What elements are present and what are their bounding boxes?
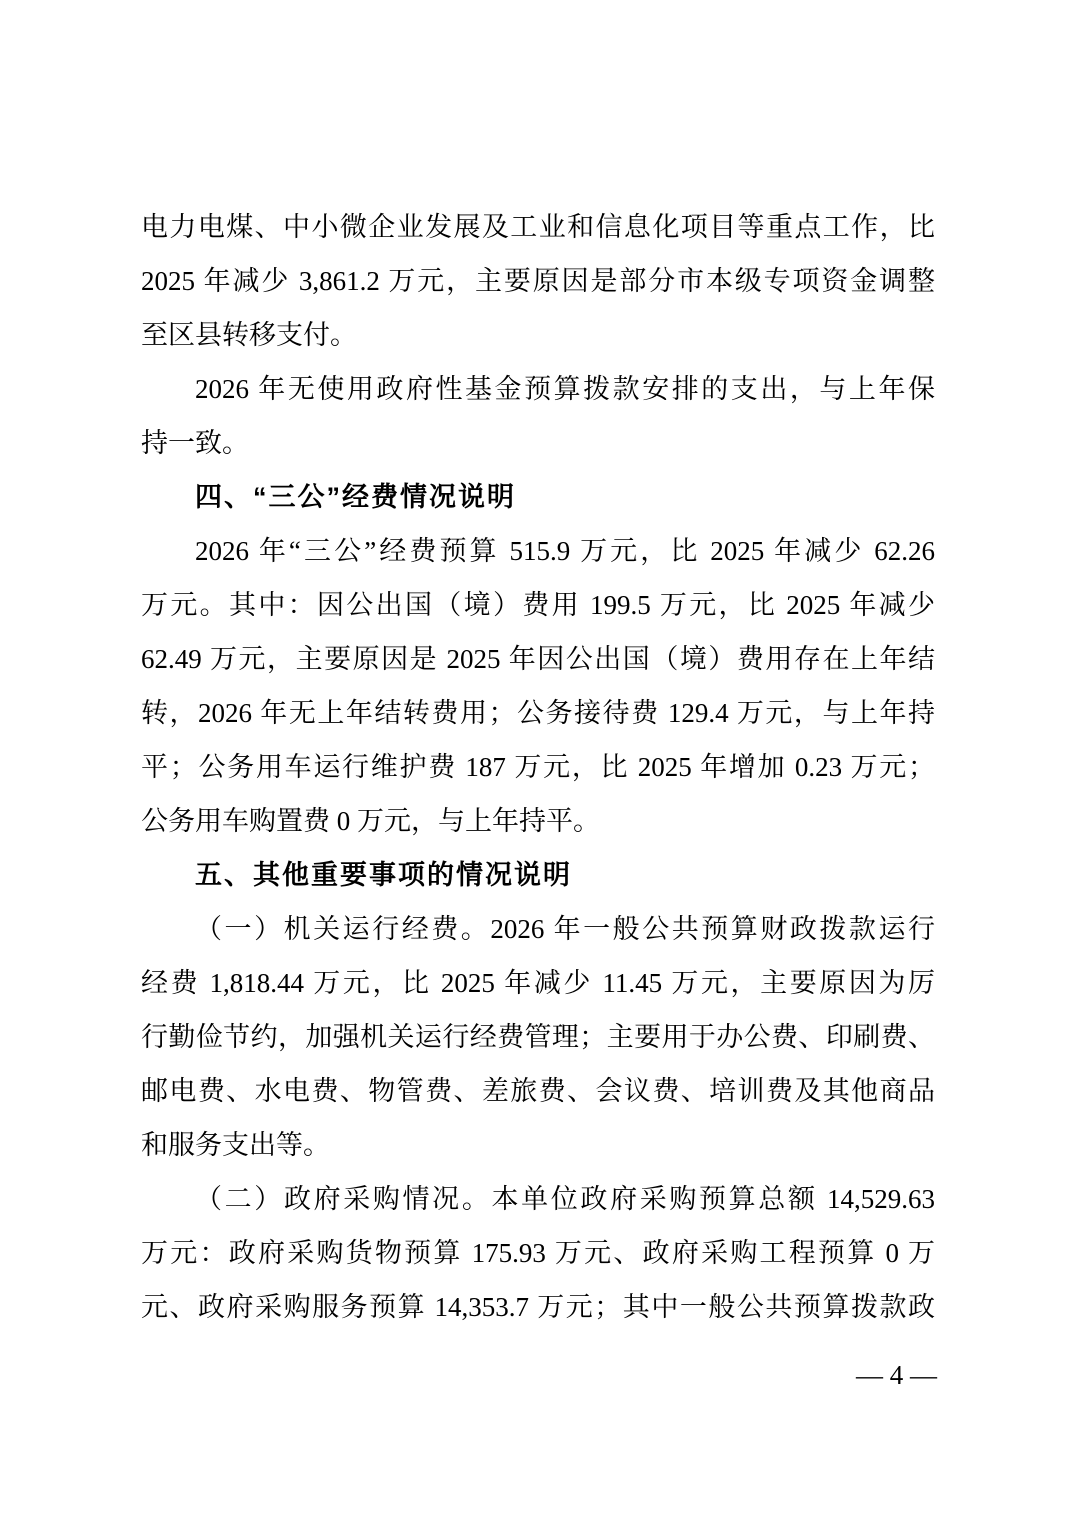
- text-line: 邮电费、水电费、物管费、差旅费、会议费、培训费及其他商品: [141, 1064, 935, 1118]
- text-line: 电力电煤、中小微企业发展及工业和信息化项目等重点工作，比: [141, 200, 935, 254]
- text-line: 万元。其中：因公出国（境）费用 199.5 万元，比 2025 年减少: [141, 578, 935, 632]
- text-line: 持一致。: [141, 416, 935, 470]
- text-line: （二）政府采购情况。本单位政府采购预算总额 14,529.63: [141, 1172, 935, 1226]
- text-line: 62.49 万元，主要原因是 2025 年因公出国（境）费用存在上年结: [141, 632, 935, 686]
- text-line: 2026 年无使用政府性基金预算拨款安排的支出，与上年保: [141, 362, 935, 416]
- text-line: 至区县转移支付。: [141, 308, 935, 362]
- section-heading: 五、其他重要事项的情况说明: [141, 848, 935, 902]
- section-heading: 四、“三公”经费情况说明: [141, 470, 935, 524]
- text-line: 转，2026 年无上年结转费用；公务接待费 129.4 万元，与上年持: [141, 686, 935, 740]
- text-line: 公务用车购置费 0 万元，与上年持平。: [141, 794, 935, 848]
- text-line: 行勤俭节约，加强机关运行经费管理；主要用于办公费、印刷费、: [141, 1010, 935, 1064]
- page-number: — 4 —: [856, 1348, 937, 1402]
- text-line: 和服务支出等。: [141, 1118, 935, 1172]
- text-line: 2025 年减少 3,861.2 万元，主要原因是部分市本级专项资金调整: [141, 254, 935, 308]
- text-line: 经费 1,818.44 万元，比 2025 年减少 11.45 万元，主要原因为…: [141, 956, 935, 1010]
- text-line: 2026 年“三公”经费预算 515.9 万元，比 2025 年减少 62.26: [141, 524, 935, 578]
- text-line: 平；公务用车运行维护费 187 万元，比 2025 年增加 0.23 万元；: [141, 740, 935, 794]
- document-page: 电力电煤、中小微企业发展及工业和信息化项目等重点工作，比 2025 年减少 3,…: [0, 0, 1074, 1520]
- text-line: 万元：政府采购货物预算 175.93 万元、政府采购工程预算 0 万: [141, 1226, 935, 1280]
- text-line: 元、政府采购服务预算 14,353.7 万元；其中一般公共预算拨款政: [141, 1280, 935, 1334]
- document-body: 电力电煤、中小微企业发展及工业和信息化项目等重点工作，比 2025 年减少 3,…: [141, 200, 935, 1334]
- text-line: （一）机关运行经费。2026 年一般公共预算财政拨款运行: [141, 902, 935, 956]
